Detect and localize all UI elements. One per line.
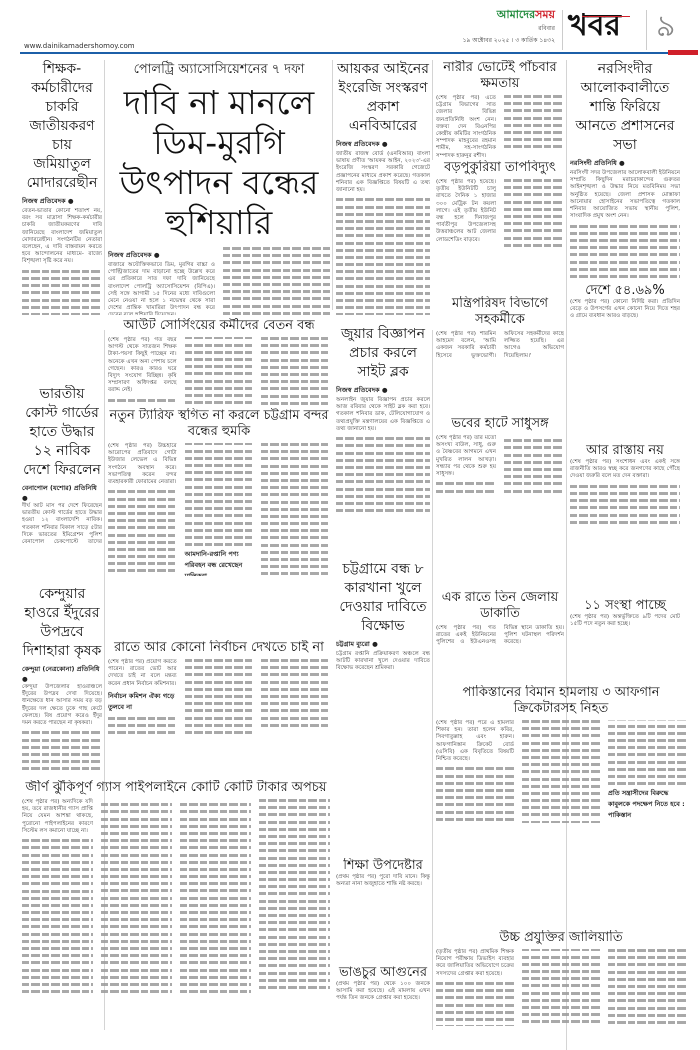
article-text: [504, 95, 564, 148]
byline: চট্টগ্রাম ব্যুরো ●: [336, 639, 430, 650]
article-body-continued: [22, 270, 102, 315]
article-outsourcing-salary: আউট সোর্সিংয়ের কর্মীদের বেতন বন্ধ (শেষ …: [108, 318, 330, 406]
headline[interactable]: পাকিস্তানের বিমান হামলায় ৩ আফগান ক্রিকে…: [436, 685, 686, 717]
headline[interactable]: নরসিংদীর আলোকবালীতে শান্তি ফিরিয়ে আনতে …: [570, 60, 680, 155]
date-label: ১৯ অক্টোবর ২০২৫ । ৩ কার্তিক ১৪৩২: [440, 35, 555, 46]
article-percent: দেশে ৫৪.৬৯% (শেষ পৃষ্ঠার পর) কোনো নির্দি…: [570, 283, 680, 338]
article-body: অনলাইন জুয়ার বিজ্ঞাপন প্রচার করলে আজ রব…: [336, 397, 430, 433]
byline: বেনাপোল (যশোর) প্রতিনিধি ●: [22, 483, 102, 502]
article-body: (শেষ পৃষ্ঠার পর) গত বছর আগস্ট থেকে সাতজন…: [108, 337, 177, 395]
headline[interactable]: মন্ত্রিপরিষদ বিভাগে সহকর্মীকে: [436, 296, 564, 328]
article-body: (প্রথম পৃষ্ঠার পর) থেকে ১০০ জনকে আসামি ক…: [336, 981, 430, 1003]
header-divider: [562, 10, 563, 50]
article-text: [22, 731, 102, 775]
article-ctg-port-tariff: নতুন ট্যারিফ স্থগিত না করলে চট্টগ্রাম বন…: [108, 408, 330, 576]
headline[interactable]: আউট সোর্সিংয়ের কর্মীদের বেতন বন্ধ: [108, 318, 330, 334]
article-text: [570, 485, 680, 524]
page-number: ৯: [656, 8, 675, 46]
headline[interactable]: আর রাস্তায় নয়: [570, 443, 680, 459]
article-women-vote: নারীর ভোটেই পাঁচবার ক্ষমতায় (শেষ পৃষ্ঠা…: [436, 60, 564, 158]
article-ctg-factory-protest: চট্টগ্রামে বন্ধ ৮ কারখানা খুলে দেওয়ার দ…: [336, 560, 430, 730]
article-narsingdi: নরসিংদীর আলোকবালীতে শান্তি ফিরিয়ে আনতে …: [570, 60, 680, 280]
article-body: (শেষ পৃষ্ঠার পর) সংশোধন এবং একই সঙ্গে রা…: [570, 459, 680, 481]
article-text: [504, 179, 564, 247]
column-divider: [432, 330, 433, 1030]
article-text: [223, 247, 330, 315]
article-no-road: আর রাস্তায় নয় (শেষ পৃষ্ঠার পর) সংশোধন …: [570, 443, 680, 538]
subheading: নির্বাচন কমিশন ঐক্য গড়ে তুলবে না: [108, 691, 177, 713]
article-body: (শেষ পৃষ্ঠার পর) গত রাতের একই ইউনিয়নের …: [436, 625, 564, 647]
article-body: চট্টগ্রাম রপ্তানি প্রক্রিয়াকরণ অঞ্চলে ব…: [336, 651, 430, 673]
headline[interactable]: জুয়ার বিজ্ঞাপন প্রচার করলে সাইট ব্লক: [336, 325, 430, 382]
article-body: (শেষ পৃষ্ঠার পর) অন্তর্ভুক্তিতে ৯টি পদের…: [570, 614, 680, 628]
headline[interactable]: চট্টগ্রামে বন্ধ ৮ কারখানা খুলে দেওয়ার দ…: [336, 560, 430, 636]
subheading: প্রতি সন্ত্রাসীদের বিরুদ্ধে কাবুলকে পদক্…: [608, 788, 686, 821]
headline[interactable]: শিক্ষা উপদেষ্টার: [336, 858, 430, 874]
article-no-night-election: রাতে আর কোনো নির্বাচন দেখতে চাই না (শেষ …: [108, 640, 330, 760]
article-body: নরসিংদী সদর উপজেলার আলোকবালী ইউনিয়নে সম…: [570, 170, 680, 220]
header-rule: [20, 52, 670, 54]
article-body: (শেষ পৃষ্ঠার পর) প্রয়োগ করতে পারেন। রাত…: [108, 659, 177, 688]
byline: নিজস্ব প্রতিবেদক ●: [336, 139, 430, 150]
header-accent-bar: [668, 50, 698, 55]
article-body: (শেষ পৃষ্ঠার পর) শারমিন আহমেদ বলেন, 'আমি…: [436, 331, 564, 360]
headline[interactable]: দেশে ৫৪.৬৯%: [570, 283, 680, 299]
headline[interactable]: শিক্ষক-কর্মচারীদের চাকরি জাতীয়করণ চায় …: [22, 60, 102, 193]
headline[interactable]: রাতে আর কোনো নির্বাচন দেখতে চাই না: [108, 640, 330, 656]
article-sadhusanga: ভবের হাটে সাধুসঙ্গ (শেষ পৃষ্ঠার পর) তার …: [436, 416, 564, 516]
article-kendua-rats: কেন্দুয়ার হাওরে ইঁদুরের উপদ্রবে দিশাহার…: [22, 585, 102, 775]
column-divider: [432, 60, 433, 160]
day-label: রবিবার: [440, 23, 555, 34]
newspaper-logo[interactable]: আমাদেরসময়: [440, 8, 555, 21]
headline[interactable]: নারীর ভোটেই পাঁচবার ক্ষমতায়: [436, 60, 564, 92]
kicker: পোলট্রি অ্যাসোসিয়েশনের ৭ দফা: [108, 60, 330, 81]
article-body: (শেষ পৃষ্ঠার পর) পরে এ হামলার শিকার হন। …: [436, 720, 514, 763]
article-text: [336, 198, 430, 315]
header-divider: [646, 10, 647, 50]
article-barapukuria: বড়পুকুরিয়া তাপবিদ্যুৎ (শেষ পৃষ্ঠার পর)…: [436, 160, 564, 280]
byline: নিজস্ব প্রতিবেদক ●: [336, 385, 430, 396]
article-eleven-organizations: ১১ সংস্থা পাচ্ছে (শেষ পৃষ্ঠার পর) অন্তর্…: [570, 598, 680, 658]
article-body: দীর্ঘ আট মাস পর দেশে ফিরেছেন ভারতীয় কোস…: [22, 503, 102, 545]
headline[interactable]: আয়কর আইনের ইংরেজি সংস্করণ প্রকাশ এনবিআর…: [336, 60, 430, 136]
article-body: (শেষ পৃষ্ঠার পর) উচ্চহারে আরোপের প্রতিবা…: [108, 443, 177, 486]
article-body: কেন্দুয়া উপজেলার হাওরাঞ্চলে ইঁদুরের উপদ…: [22, 684, 102, 727]
headline[interactable]: ভাঙচুর আগুনের: [336, 965, 430, 981]
article-text: [570, 225, 680, 280]
section-title: খবর: [568, 6, 621, 46]
article-body: বেতন-ভাতার কোনো শতাংশ নয়, বরং সব মাদ্রা…: [22, 208, 102, 266]
article-pakistan-airstrike: পাকিস্তানের বিমান হামলায় ৩ আফগান ক্রিকে…: [436, 685, 686, 885]
article-cabinet-division: মন্ত্রিপরিষদ বিভাগে সহকর্মীকে (শেষ পৃষ্ঠ…: [436, 296, 564, 366]
article-body: (প্রথম পৃষ্ঠার পর) পুরো দাবি মানে। কিন্ত…: [336, 874, 430, 888]
article-gas-pipeline: জীর্ণ ঝুঁকিপূর্ণ গ্যাস পাইপলাইনে কোটি কো…: [22, 780, 330, 1040]
article-tax-law: আয়কর আইনের ইংরেজি সংস্করণ প্রকাশ এনবিআর…: [336, 60, 430, 315]
byline: নিজস্ব প্রতিবেদক ●: [108, 250, 215, 261]
byline: কেন্দুয়া (নেত্রকোনা) প্রতিনিধি ●: [22, 664, 102, 683]
headline[interactable]: বড়পুকুরিয়া তাপবিদ্যুৎ: [436, 160, 564, 176]
article-coast-guard: ভারতীয় কোস্ট গার্ডের হাতে উদ্ধার ১২ নাব…: [22, 385, 102, 545]
column-divider: [332, 60, 333, 310]
article-vandalism-fire: ভাঙচুর আগুনের (প্রথম পৃষ্ঠার পর) থেকে ১০…: [336, 965, 430, 1045]
article-body: (শেষ পৃষ্ঠার পর) হয়েছে। তৃতীয় ইউনিটটি …: [436, 179, 496, 244]
headline[interactable]: ১১ সংস্থা পাচ্ছে: [570, 598, 680, 614]
article-body: (শেষ পৃষ্ঠার পর) তার মতো অসংখ্য বাউল, সা…: [436, 435, 496, 478]
subheading: আমদানি-রপ্তানি পণ্য পরিবহন বন্ধ রেখেছেন …: [185, 549, 254, 576]
article-hitech-fraud: উচ্চ প্রযুক্তির জালিয়াতি (তৃতীয় পৃষ্ঠা…: [436, 930, 686, 1045]
headline[interactable]: জীর্ণ ঝুঁকিপূর্ণ গ্যাস পাইপলাইনে কোটি কো…: [22, 780, 330, 796]
article-body: (শেষ পৃষ্ঠার পর) এতে চট্টগ্রাম বিভাগের স…: [436, 95, 496, 158]
article-education-adviser: শিক্ষা উপদেষ্টার (প্রথম পৃষ্ঠার পর) পুরো…: [336, 858, 430, 908]
article-body: (শেষ পৃষ্ঠার পর) অন্যদিকে যদি হয়, তবে র…: [22, 799, 93, 835]
article-text: [261, 443, 330, 576]
headline[interactable]: এক রাতে তিন জেলায় ডাকাতি: [436, 590, 564, 622]
article-teachers-nationalization: শিক্ষক-কর্মচারীদের চাকরি জাতীয়করণ চায় …: [22, 60, 102, 315]
column-divider: [104, 60, 105, 310]
website-url[interactable]: www.dainikamadershomoy.com: [24, 42, 135, 50]
article-dacoity: এক রাতে তিন জেলায় ডাকাতি (শেষ পৃষ্ঠার প…: [436, 590, 564, 660]
article-body: (তৃতীয় পৃষ্ঠার পর) প্রাথমিক শিক্ষক নিয়…: [436, 949, 514, 978]
headline[interactable]: ভারতীয় কোস্ট গার্ডের হাতে উদ্ধার ১২ নাব…: [22, 385, 102, 480]
headline[interactable]: নতুন ট্যারিফ স্থগিত না করলে চট্টগ্রাম বন…: [108, 408, 330, 440]
headline[interactable]: কেন্দুয়ার হাওরে ইঁদুরের উপদ্রবে দিশাহার…: [22, 585, 102, 661]
byline: নিজস্ব প্রতিবেদক ●: [22, 196, 102, 207]
headline[interactable]: উচ্চ প্রযুক্তির জালিয়াতি: [436, 930, 686, 946]
byline: নরসিংদী প্রতিনিধি ●: [570, 158, 680, 169]
article-text: [336, 437, 430, 515]
article-body: বাজারে অযৌক্তিকভাবে ডিম, মুরগির বাচ্চা ও…: [108, 262, 215, 315]
article-poultry-lead: পোলট্রি অ্যাসোসিয়েশনের ৭ দফা দাবি না মা…: [108, 60, 330, 315]
column-divider: [566, 60, 567, 1050]
headline[interactable]: ভবের হাটে সাধুসঙ্গ: [436, 416, 564, 432]
lead-headline[interactable]: দাবি না মানলে ডিম-মুরগি উৎপাদন বন্ধের হু…: [108, 83, 330, 243]
article-body: জাতীয় রাজস্ব বোর্ড (এনবিআর) বাংলা ভাষায…: [336, 151, 430, 194]
article-gambling-ads: জুয়ার বিজ্ঞাপন প্রচার করলে সাইট ব্লক নি…: [336, 325, 430, 515]
article-body: (শেষ পৃষ্ঠার পর) কোনো নির্দিষ্ট করা। প্র…: [570, 299, 680, 321]
masthead: আমাদেরসময় রবিবার ১৯ অক্টোবর ২০২৫ । ৩ কা…: [440, 8, 555, 46]
